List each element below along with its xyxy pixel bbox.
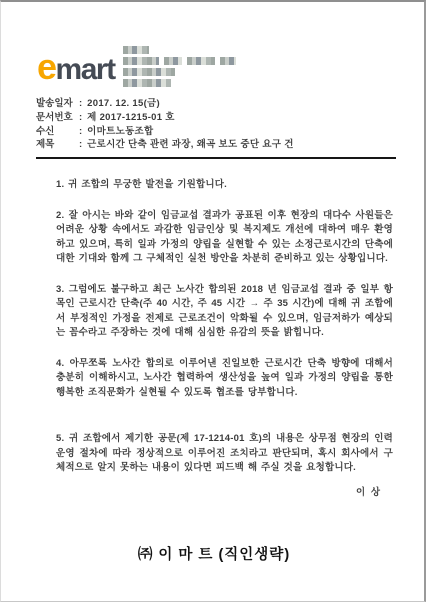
header-field-row: 제목:근로시간 단축 관련 과장, 왜곡 보도 중단 요구 건: [36, 138, 294, 152]
redacted-segment: [123, 46, 149, 54]
emart-logo-mart: mart: [56, 53, 115, 86]
redacted-segment: [123, 57, 159, 65]
body-paragraph: 4. 아무쪼록 노사간 합의로 이루어낸 진일보한 근로시간 단축 방향에 대해…: [56, 357, 393, 401]
header-field-value: 제 2017-1215-01 호: [87, 112, 175, 123]
body-paragraph: 1. 귀 조합의 무궁한 발전을 기원합니다.: [56, 178, 393, 193]
header-field-separator: :: [79, 111, 82, 125]
redacted-segment: [164, 57, 182, 65]
redacted-sender-info: [123, 46, 236, 90]
header-field-separator: :: [79, 138, 82, 152]
document-page: emart 발송일자:2017. 12. 15(금)문서번호:제 2017-12…: [0, 0, 426, 602]
body-paragraph: 5. 귀 조합에서 제기한 공문(제 17-1214-01 호)의 내용은 상무…: [56, 432, 393, 476]
header-field-label: 제목: [36, 138, 76, 152]
header-divider: [36, 157, 396, 159]
redacted-segment: [123, 68, 175, 76]
redacted-line: [123, 46, 236, 54]
header-field-separator: :: [79, 125, 82, 139]
emart-logo: emart: [37, 49, 115, 85]
header-field-label: 수신: [36, 125, 76, 139]
header-field-label: 발송일자: [36, 97, 76, 111]
redacted-segment: [123, 79, 171, 87]
document-header-fields: 발송일자:2017. 12. 15(금)문서번호:제 2017-1215-01 …: [36, 97, 294, 152]
header-field-row: 발송일자:2017. 12. 15(금): [36, 97, 294, 111]
header-field-separator: :: [79, 97, 82, 111]
closing-statement: 이 상: [56, 486, 393, 501]
header-field-value: 이마트노동조합: [87, 126, 153, 137]
header-field-label: 문서번호: [36, 111, 76, 125]
company-signature: ㈜ 이 마 트 (직인생략): [1, 543, 426, 564]
document-body: 1. 귀 조합의 무궁한 발전을 기원합니다.2. 잘 아시는 바와 같이 임금…: [56, 178, 393, 500]
body-paragraph: 2. 잘 아시는 바와 같이 임금교섭 결과가 공표된 이후 현장의 대다수 사…: [56, 209, 393, 267]
redacted-line: [123, 57, 236, 65]
header-field-row: 수신:이마트노동조합: [36, 125, 294, 139]
redacted-segment: [187, 57, 215, 65]
header-field-row: 문서번호:제 2017-1215-01 호: [36, 111, 294, 125]
redacted-line: [123, 68, 236, 76]
header-field-value: 2017. 12. 15(금): [87, 98, 160, 109]
body-paragraphs: 1. 귀 조합의 무궁한 발전을 기원합니다.2. 잘 아시는 바와 같이 임금…: [56, 178, 393, 476]
redacted-line: [123, 79, 236, 87]
redacted-segment: [220, 57, 236, 65]
header-field-value: 근로시간 단축 관련 과장, 왜곡 보도 중단 요구 건: [87, 139, 294, 150]
emart-logo-e: e: [37, 46, 56, 87]
body-paragraph: 3. 그럼에도 불구하고 최근 노사간 합의된 2018 년 임금교섭 결과 중…: [56, 283, 393, 341]
